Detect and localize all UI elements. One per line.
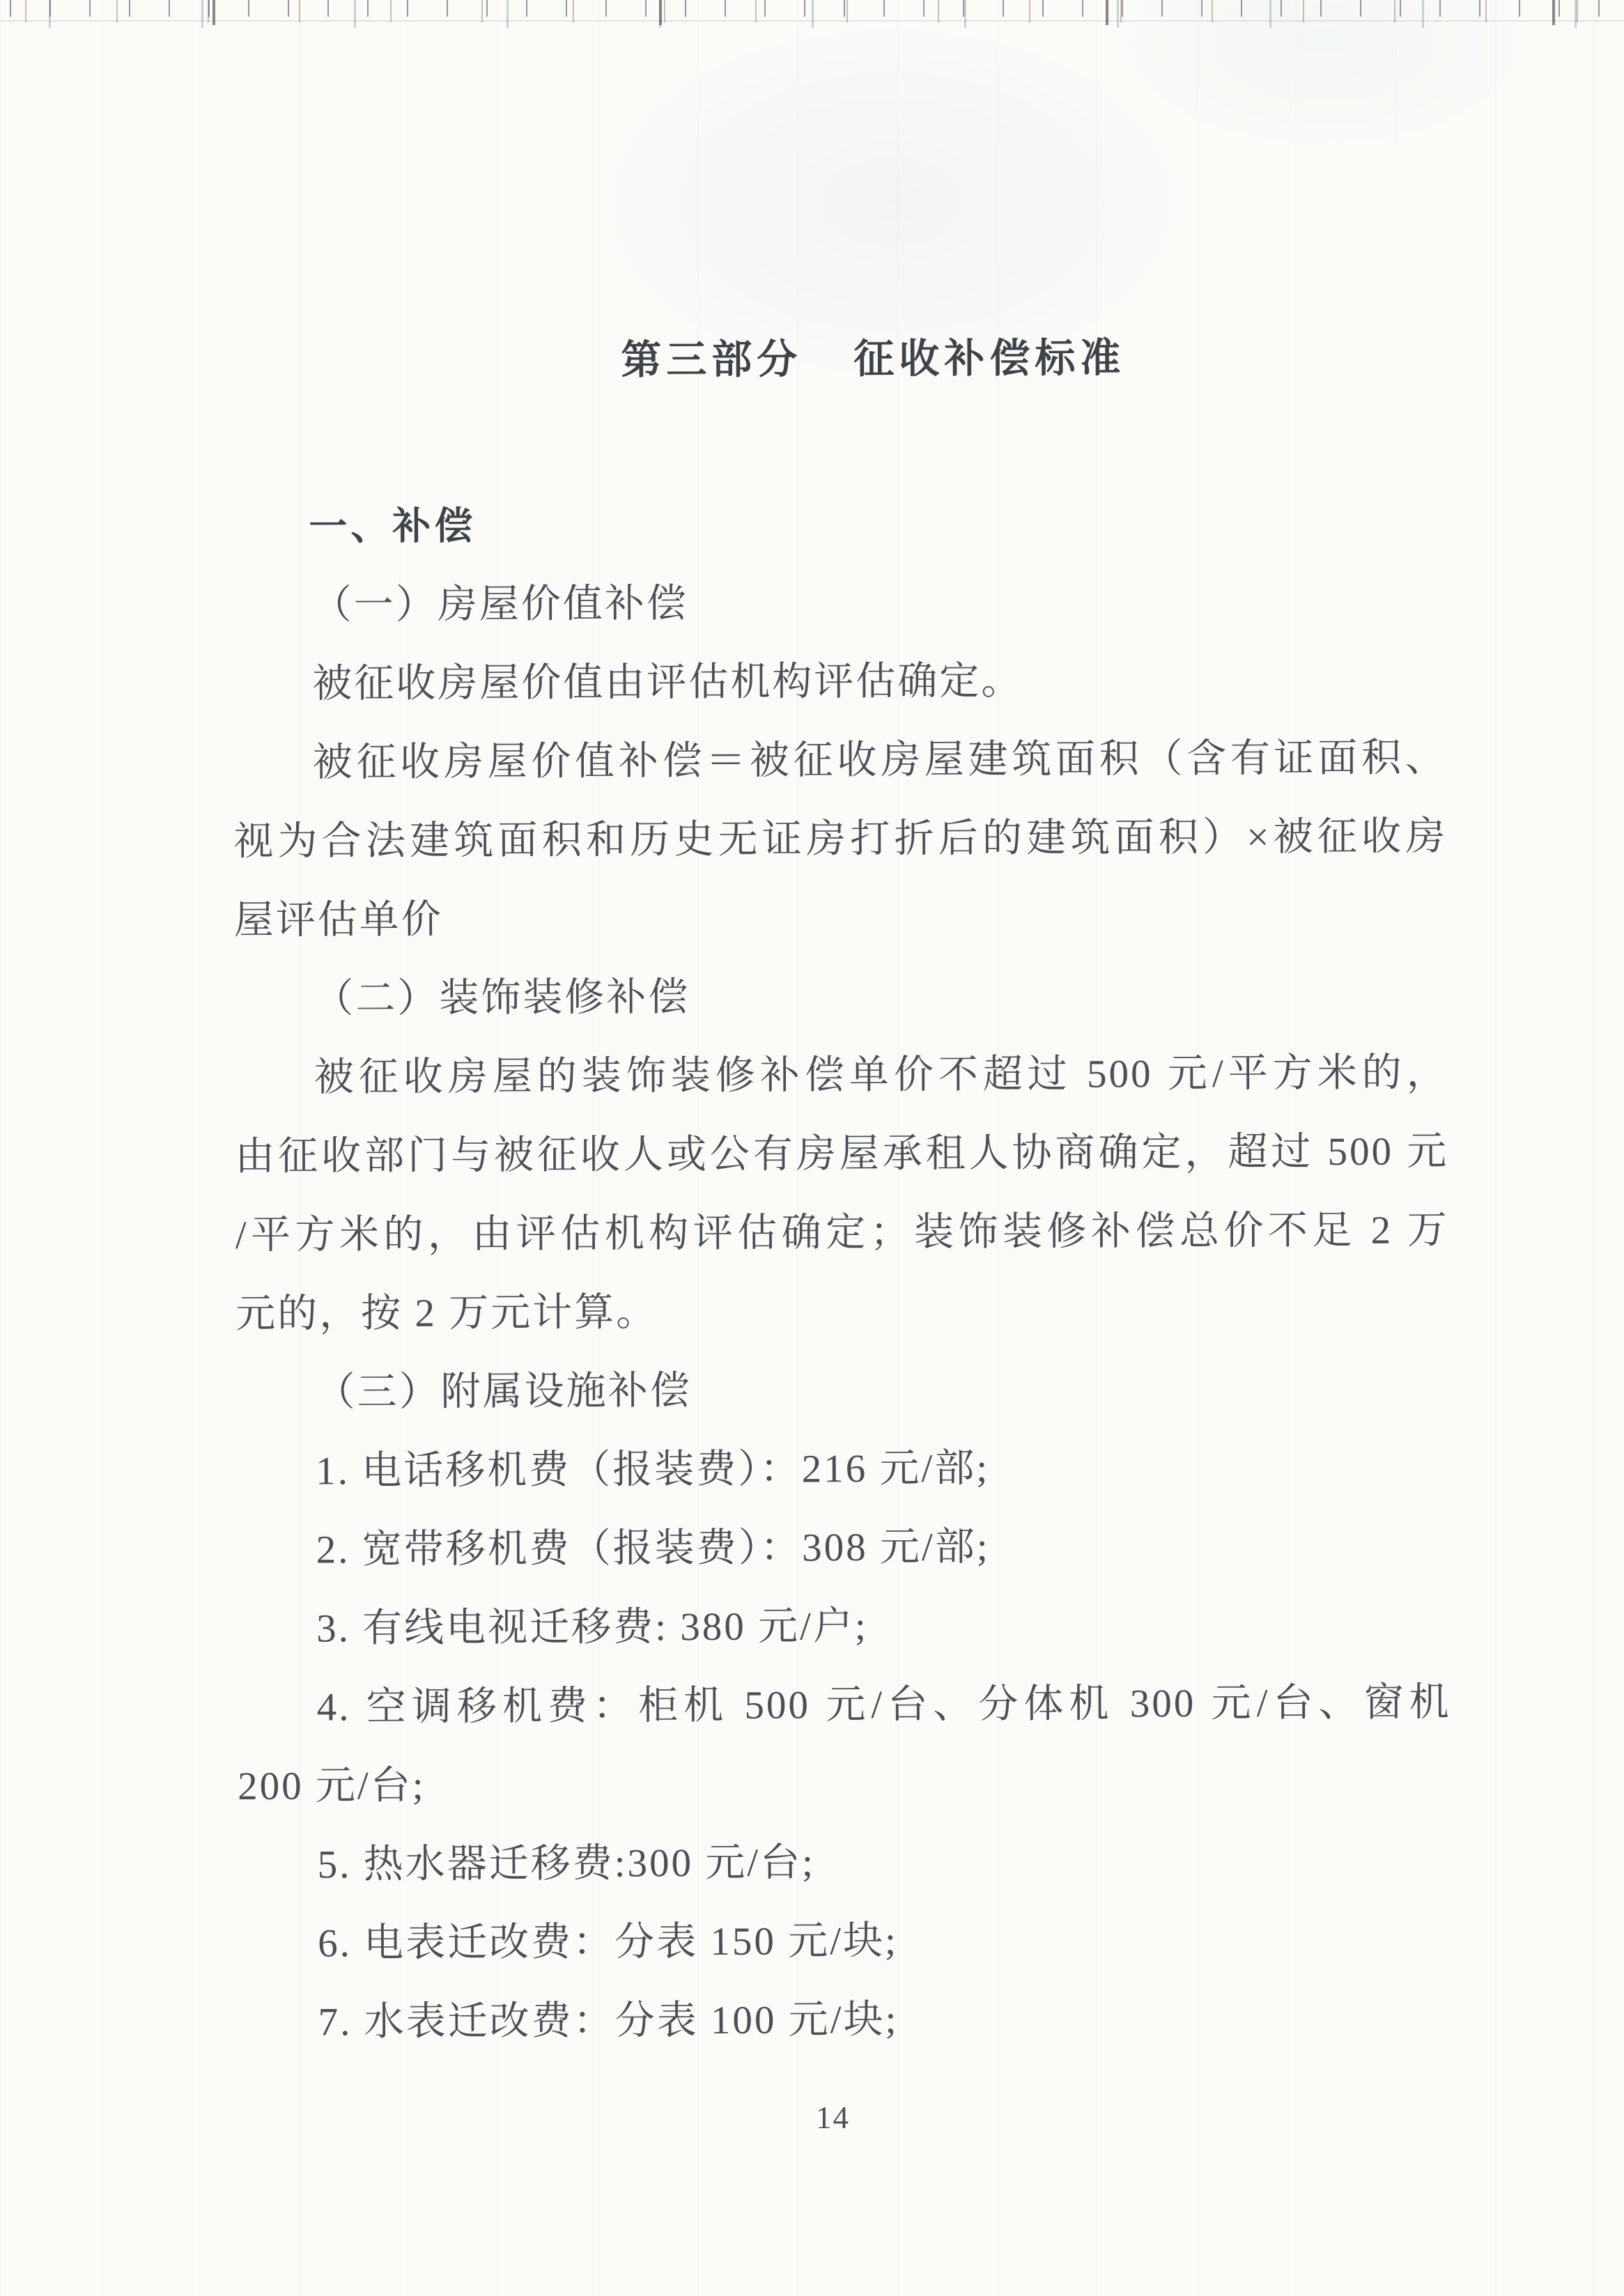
text-line: 3. 有线电视迁移费: 380 元/户;	[237, 1584, 1451, 1668]
text-line: 6. 电表迁改费：分表 150 元/块;	[238, 1899, 1452, 1983]
text-line: 视为合法建筑面积和历史无证房打折后的建筑面积）×被征收房	[233, 797, 1447, 881]
text-line: （三）附属设施补偿	[235, 1348, 1449, 1432]
text-line: 2. 宽带移机费（报装费）：308 元/部;	[236, 1505, 1450, 1590]
text-line: /平方米的，由评估机构评估确定；装饰装修补偿总价不足 2 万	[235, 1190, 1448, 1275]
text-line: 5. 热水器迁移费:300 元/台;	[238, 1820, 1451, 1905]
document-title: 第三部分 征收补偿标准	[266, 336, 1480, 383]
text-line: 200 元/台;	[238, 1742, 1451, 1826]
text-line: 由征收部门与被征收人或公有房屋承租人协商确定，超过 500 元	[235, 1112, 1448, 1196]
text-line: 屋评估单价	[234, 876, 1448, 960]
document-page: 第三部分 征收补偿标准 一、补偿（一）房屋价值补偿被征收房屋价值由评估机构评估确…	[0, 0, 1624, 2296]
page-number: 14	[816, 2098, 850, 2137]
text-line: （一）房屋价值补偿	[233, 561, 1446, 645]
text-line: 被征收房屋的装饰装修补偿单价不超过 500 元/平方米的，	[235, 1033, 1448, 1117]
title-subject-label: 征收补偿标准	[853, 337, 1125, 380]
text-line: 被征收房屋价值补偿＝被征收房屋建筑面积（含有证面积、	[233, 718, 1447, 802]
text-line: 1. 电话移机费（报装费）：216 元/部;	[236, 1427, 1450, 1511]
text-line: （二）装饰装修补偿	[234, 954, 1448, 1039]
text-line: 元的，按 2 万元计算。	[235, 1269, 1449, 1353]
text-line: 一、补偿	[232, 482, 1446, 566]
text-line: 被征收房屋价值由评估机构评估确定。	[233, 639, 1446, 724]
document-content: 第三部分 征收补偿标准 一、补偿（一）房屋价值补偿被征收房屋价值由评估机构评估确…	[230, 0, 1453, 2062]
document-body: 一、补偿（一）房屋价值补偿被征收房屋价值由评估机构评估确定。被征收房屋价值补偿＝…	[232, 482, 1453, 2062]
text-line: 4. 空调移机费：柜机 500 元/台、分体机 300 元/台、窗机	[237, 1663, 1451, 1747]
title-part-label: 第三部分	[621, 339, 802, 381]
text-line: 7. 水表迁改费：分表 100 元/块;	[238, 1978, 1452, 2062]
